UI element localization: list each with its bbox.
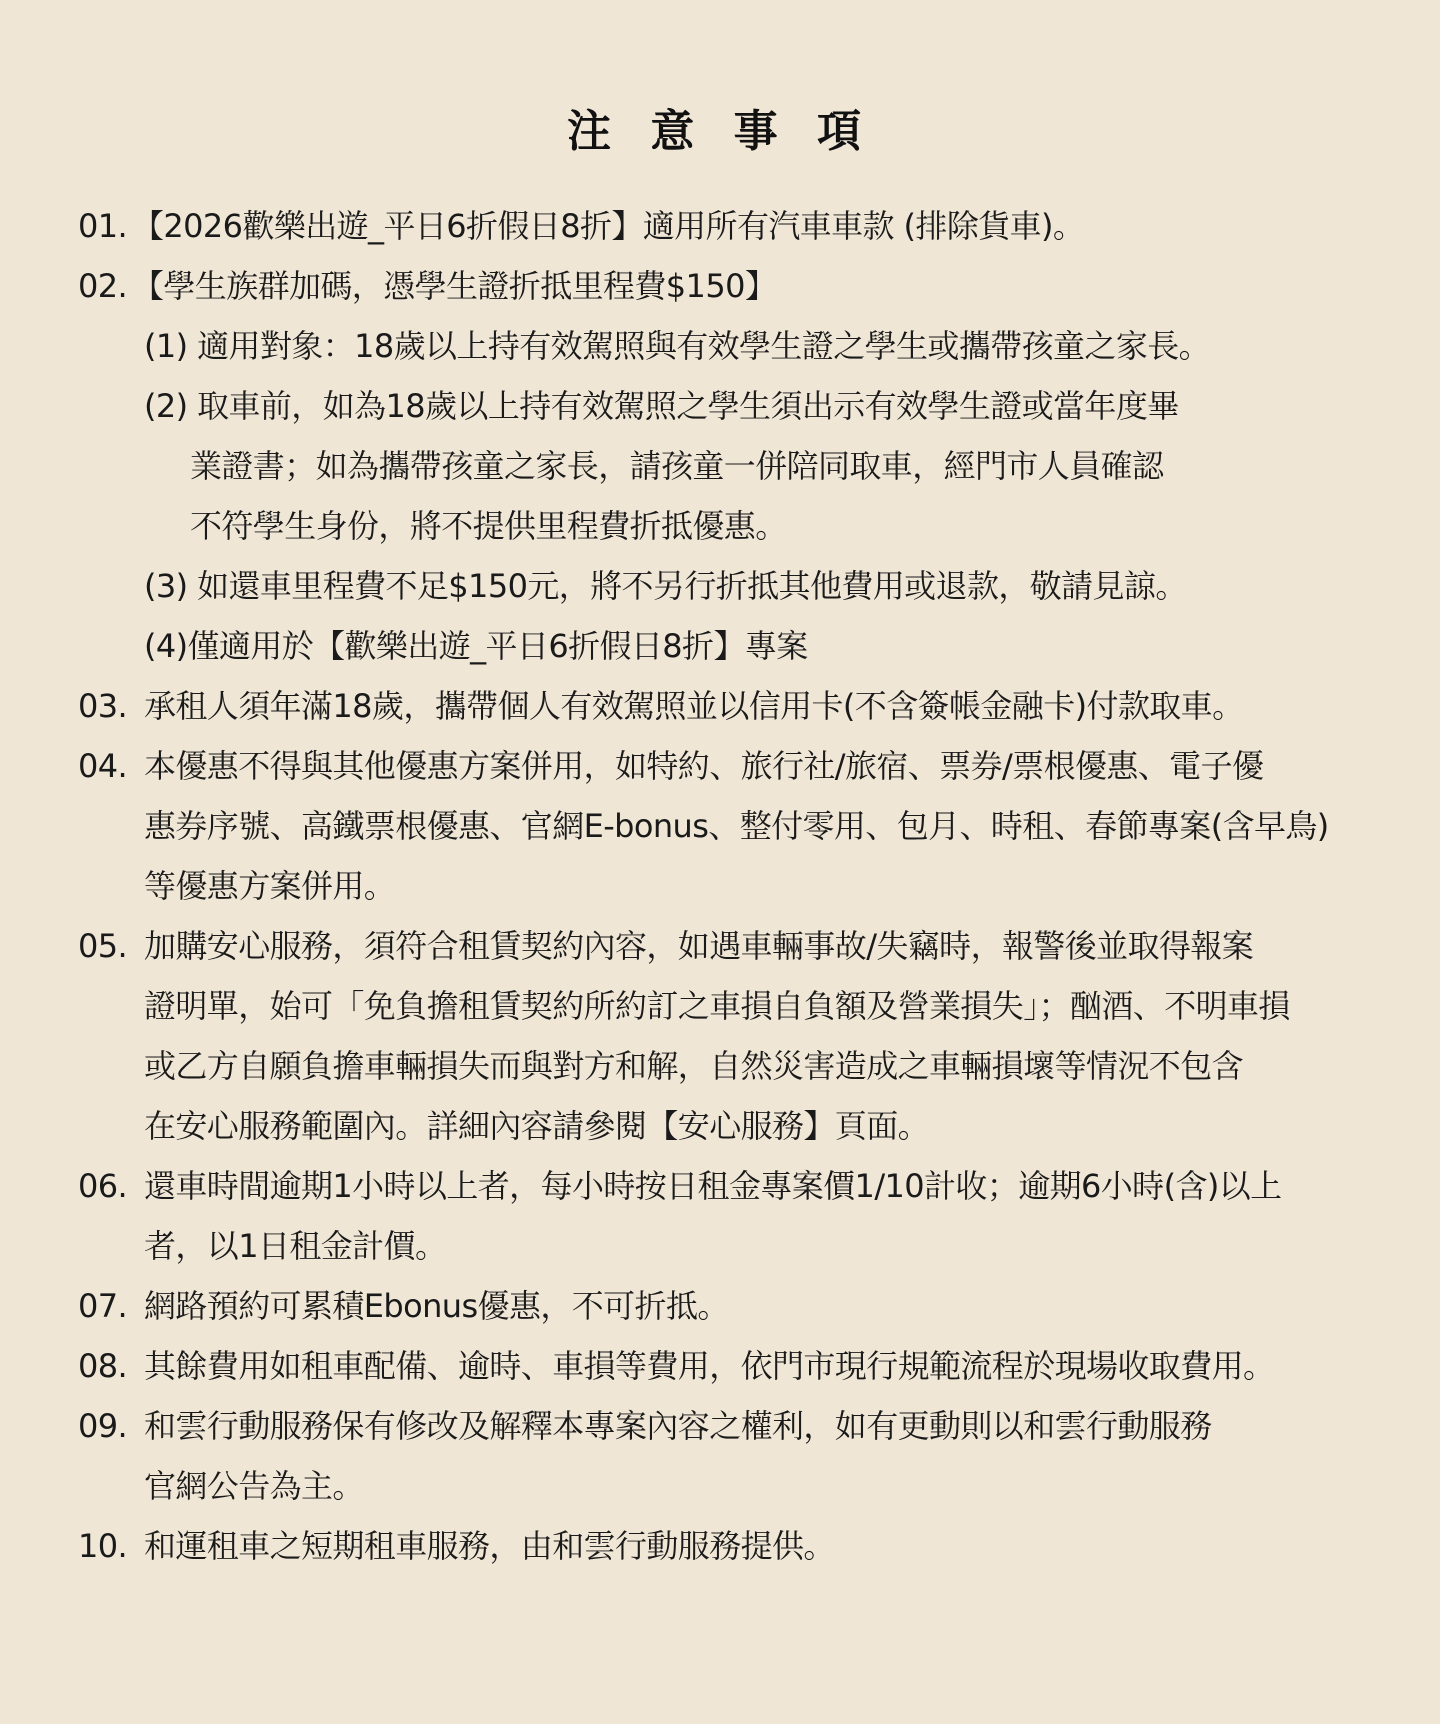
item-text-cont: 證明單，始可「免負擔租賃契約所約訂之車損自負額及營業損失」；酗酒、不明車損 [144, 986, 1290, 1026]
item-number: 06. [78, 1166, 127, 1206]
sub-item-2-cont: 不符學生身份，將不提供里程費折抵優惠。 [190, 506, 787, 546]
sub-item-2-cont: 業證書；如為攜帶孩童之家長，請孩童一併陪同取車，經門市人員確認 [190, 446, 1163, 486]
item-number: 09. [78, 1406, 127, 1446]
item-number: 01. [78, 206, 127, 246]
item-text: 其餘費用如租車配備、逾時、車損等費用，依門市現行規範流程於現場收取費用。 [144, 1346, 1274, 1386]
item-text: 加購安心服務，須符合租賃契約內容，如遇車輛事故/失竊時，報警後並取得報案 [144, 926, 1253, 966]
item-text-cont: 在安心服務範圍內。詳細內容請參閱【安心服務】頁面。 [144, 1106, 929, 1146]
item-text-cont: 官網公告為主。 [144, 1466, 364, 1506]
item-text: 還車時間逾期1小時以上者，每小時按日租金專案價1/10計收；逾期6小時(含)以上 [144, 1166, 1282, 1206]
item-text: 【2026歡樂出遊_平日6折假日8折】適用所有汽車車款 (排除貨車)。 [132, 206, 1084, 246]
sub-item-3: (3) 如還車里程費不足$150元，將不另行折抵其他費用或退款，敬請見諒。 [144, 566, 1187, 606]
item-number: 08. [78, 1346, 127, 1386]
item-text: 和運租車之短期租車服務，由和雲行動服務提供。 [144, 1526, 835, 1566]
item-text-cont: 或乙方自願負擔車輛損失而與對方和解，自然災害造成之車輛損壞等情況不包含 [144, 1046, 1243, 1086]
item-number: 04. [78, 746, 127, 786]
item-text: 網路預約可累積Ebonus優惠，不可折抵。 [144, 1286, 729, 1326]
item-text-cont: 等優惠方案併用。 [144, 866, 395, 906]
item-number: 02. [78, 266, 127, 306]
item-text: 和雲行動服務保有修改及解釋本專案內容之權利，如有更動則以和雲行動服務 [144, 1406, 1212, 1446]
item-text-cont: 者，以1日租金計價。 [144, 1226, 446, 1266]
item-text-cont: 惠券序號、高鐵票根優惠、官網E-bonus、整付零用、包月、時租、春節專案(含早… [144, 806, 1329, 846]
item-number: 03. [78, 686, 127, 726]
sub-item-2: (2) 取車前，如為18歲以上持有效駕照之學生須出示有效學生證或當年度畢 [144, 386, 1179, 426]
item-text: 承租人須年滿18歲，攜帶個人有效駕照並以信用卡(不含簽帳金融卡)付款取車。 [144, 686, 1244, 726]
sub-item-1: (1) 適用對象：18歲以上持有效駕照與有效學生證之學生或攜帶孩童之家長。 [144, 326, 1210, 366]
item-text: 【學生族群加碼，憑學生證折抵里程費$150】 [132, 266, 776, 306]
item-number: 05. [78, 926, 127, 966]
page-title: 注 意 事 項 [0, 100, 1440, 164]
sub-item-4: (4)僅適用於【歡樂出遊_平日6折假日8折】專案 [144, 626, 808, 666]
notice-page: 注 意 事 項 01. 【2026歡樂出遊_平日6折假日8折】適用所有汽車車款 … [0, 0, 1440, 1724]
item-number: 07. [78, 1286, 127, 1326]
item-number: 10. [78, 1526, 127, 1566]
item-text: 本優惠不得與其他優惠方案併用，如特約、旅行社/旅宿、票券/票根優惠、電子優 [144, 746, 1263, 786]
